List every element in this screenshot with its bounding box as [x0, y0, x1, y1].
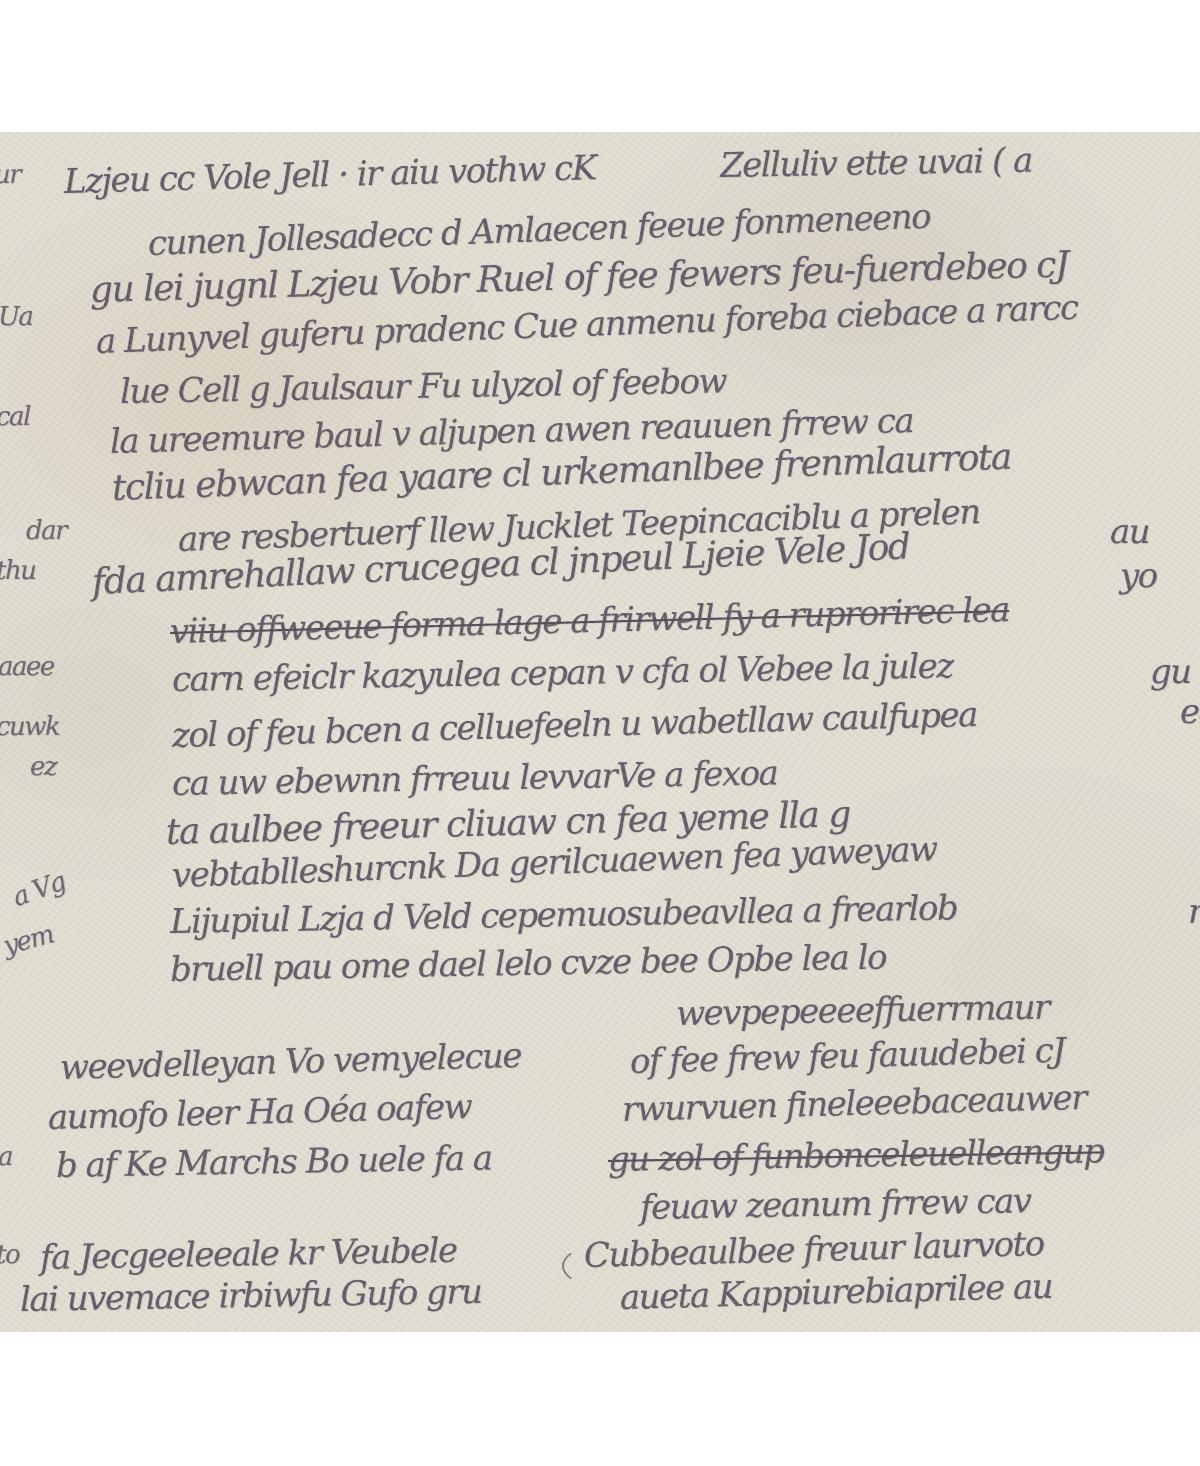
margin-right-text: gu — [1150, 652, 1191, 692]
script-line-17: wevpepeeeeffuerrmaur — [676, 987, 1050, 1034]
script-line-12: ca uw ebewnn frreuu levvarVe a fexoa — [172, 753, 778, 804]
script-top-right: Zelluliv ette uvai ( a — [720, 141, 1033, 186]
margin-left-text: ez — [30, 752, 56, 782]
script-line-22a: fa Jecgeeleeale kr Veubele — [40, 1231, 457, 1278]
margin-left-text: to — [0, 1240, 19, 1270]
margin-right-text: r — [1188, 892, 1200, 932]
margin-left-text: aaee — [0, 652, 54, 682]
script-line-19a: aumofo leer Ha Oéa oafew — [47, 1087, 471, 1138]
script-line-10: carn efeiclr kazyulea cepan v cfa ol Veb… — [172, 646, 953, 700]
script-line-18a: weevdelleyan Vo vemyelecue — [59, 1036, 521, 1088]
margin-right-text: au — [1110, 512, 1149, 552]
parchment-script-swatch: ur Lzjeu cc Vole Jell · ir aiu vothw cK … — [0, 132, 1200, 1332]
margin-left-text: Ua — [0, 302, 32, 332]
script-line-20a: b af Ke Marchs Bo uele fa a — [56, 1138, 492, 1186]
margin-left-text: ur — [0, 160, 20, 190]
script-line-20b: gu zol of funbonceleuelleangup — [608, 1131, 1104, 1180]
script-top-left: Lzjeu cc Vole Jell · ir aiu vothw cK — [63, 148, 596, 202]
script-line-21: feuaw zeanum frrew cav — [640, 1181, 1031, 1228]
margin-left-text: dar — [26, 516, 66, 546]
margin-left-text: a — [0, 1142, 12, 1172]
margin-left-text: a Vg — [9, 867, 69, 913]
margin-right-text: yo — [1120, 556, 1157, 596]
margin-left-text: thu — [0, 556, 35, 586]
script-line-4: lue Cell g Jaulsaur Fu ulyzol of feebow — [120, 361, 727, 412]
flourish-stroke — [1157, 1285, 1200, 1329]
margin-right-text: ea — [1180, 692, 1200, 732]
margin-left-text: yem — [0, 920, 56, 962]
margin-left-text: cal — [0, 402, 30, 432]
script-line-23a: lai uvemace irbiwfu Gufo gru — [20, 1272, 482, 1320]
flourish-stroke — [562, 1244, 646, 1288]
script-line-23b: aueta Kappiurebiaprilee au — [619, 1267, 1052, 1318]
script-line-18b: of fee frew feu fauudebei cJ — [629, 1031, 1064, 1082]
script-line-11: zol of feu bcen a celluefeeln u wabetlla… — [171, 695, 977, 756]
script-line-19b: rwurvuen fineleeebaceauwer — [621, 1078, 1086, 1130]
script-line-9: viiu offweeue forma lage a frirwell fy a… — [169, 590, 1009, 652]
script-line-15: Lijupiul Lzja d Veld cepemuosubeavllea a… — [170, 888, 958, 942]
script-line-16: bruell pau ome dael lelo cvze bee Opbe l… — [170, 938, 887, 990]
margin-left-text: cuwk — [0, 712, 59, 742]
